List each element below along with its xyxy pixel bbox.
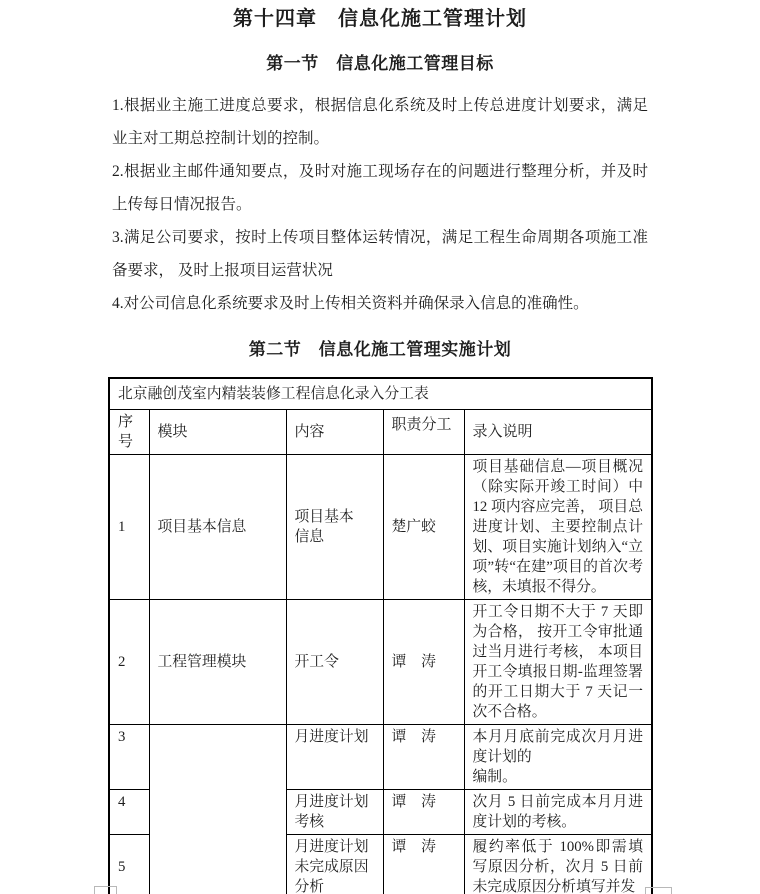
assignment-table: 北京融创茂室内精装装修工程信息化录入分工表 序号 模块 内容 职责分工 录入说明… [108,377,653,894]
table-row: 1 项目基本信息 项目基本 信息 楚广蛟 项目基础信息—项目概况（除实际开竣工时… [109,454,652,599]
col-header-content: 内容 [286,409,383,454]
page-content: 第十四章 信息化施工管理计划 第一节 信息化施工管理目标 1.根据业主施工进度总… [0,0,760,894]
cell-note: 次月 5 日前完成本月月进度计划的考核。 [464,789,652,834]
paragraph-1: 1.根据业主施工进度总要求，根据信息化系统及时上传总进度计划要求，满足业主对工期… [112,89,648,155]
section-2-title: 第二节 信息化施工管理实施计划 [112,338,648,362]
section-1-body: 1.根据业主施工进度总要求，根据信息化系统及时上传总进度计划要求，满足业主对工期… [112,89,648,320]
col-header-no: 序号 [109,409,149,454]
cell-content: 月进度计划考核 [286,789,383,834]
cell-module-merged [149,724,286,894]
col-header-role: 职责分工 [383,409,464,454]
col-header-module: 模块 [149,409,286,454]
table-caption-row: 北京融创茂室内精装装修工程信息化录入分工表 [109,378,652,409]
cell-person: 谭 涛 [383,789,464,834]
table-caption: 北京融创茂室内精装装修工程信息化录入分工表 [109,378,652,409]
page-margin-mark-right [645,887,672,894]
cell-person: 谭 涛 [383,834,464,894]
cell-person: 谭 涛 [383,599,464,724]
chapter-title: 第十四章 信息化施工管理计划 [112,0,648,31]
cell-note: 履约率低于 100%即需填写原因分析，次月 5 日前未完成原因分析填写并发 [464,834,652,894]
section-1-title: 第一节 信息化施工管理目标 [112,53,648,75]
cell-no: 2 [109,599,149,724]
cell-module: 项目基本信息 [149,454,286,599]
cell-content: 项目基本 信息 [286,454,383,599]
table-row: 2 工程管理模块 开工令 谭 涛 开工令日期不大于 7 天即为合格， 按开工令审… [109,599,652,724]
cell-content: 开工令 [286,599,383,724]
cell-person: 楚广蛟 [383,454,464,599]
paragraph-4: 4.对公司信息化系统要求及时上传相关资料并确保录入信息的准确性。 [112,287,648,320]
table-row: 3 月进度计划 谭 涛 本月月底前完成次月月进度计划的 编制。 [109,724,652,789]
cell-note: 开工令日期不大于 7 天即为合格， 按开工令审批通过当月进行考核， 本项目开工令… [464,599,652,724]
cell-no: 5 [109,834,149,894]
page-margin-mark-left [94,886,117,894]
cell-no: 3 [109,724,149,789]
cell-person: 谭 涛 [383,724,464,789]
cell-content: 月进度计划 [286,724,383,789]
cell-module: 工程管理模块 [149,599,286,724]
paragraph-2: 2.根据业主邮件通知要点，及时对施工现场存在的问题进行整理分析，并及时上传每日情… [112,155,648,221]
table-header-row: 序号 模块 内容 职责分工 录入说明 [109,409,652,454]
cell-note: 项目基础信息—项目概况（除实际开竣工时间）中 12 项内容应完善， 项目总进度计… [464,454,652,599]
paragraph-3: 3.满足公司要求，按时上传项目整体运转情况，满足工程生命周期各项施工准备要求， … [112,221,648,287]
cell-no: 4 [109,789,149,834]
cell-content: 月进度计划未完成原因分析 [286,834,383,894]
cell-note: 本月月底前完成次月月进度计划的 编制。 [464,724,652,789]
col-header-note: 录入说明 [464,409,652,454]
cell-no: 1 [109,454,149,599]
document-page: 第十四章 信息化施工管理计划 第一节 信息化施工管理目标 1.根据业主施工进度总… [0,0,760,894]
